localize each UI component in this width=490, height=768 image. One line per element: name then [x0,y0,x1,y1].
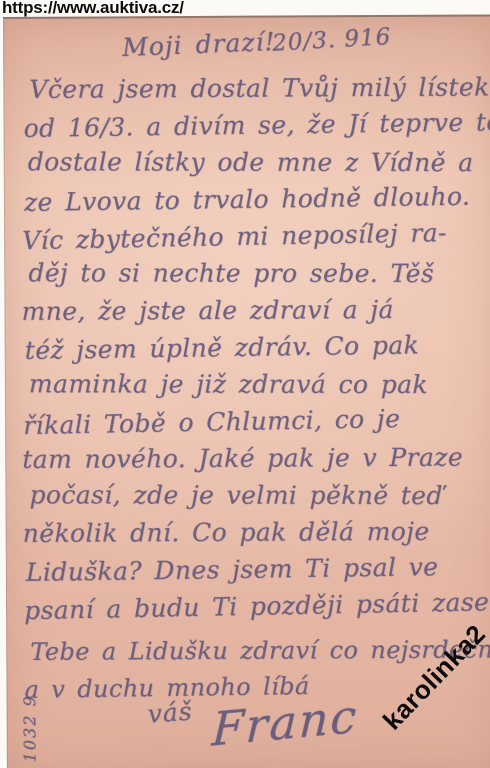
handwritten-line: Tebe a Lidušku zdraví co nejsrdečněj [21,631,490,669]
postcard: Moji drazí! 20/3. 916 Včera jsem dostal … [3,14,490,768]
handwritten-line: psaní a budu Ti později psáti zase [23,583,490,629]
handwritten-line: Víc zbytečného mi neposílej ra- [21,213,490,259]
letter-date: 20/3. 916 [271,24,391,57]
auction-photo-scan: https://www.auktiva.cz/ Moji drazí! 20/3… [0,0,490,768]
signature-row: váš Franc [148,695,359,750]
salutation: Moji drazí! [122,27,276,62]
handwritten-line: děj to si nechte pro sebe. Těš [21,254,490,292]
handwritten-line: též jsem úplně zdráv. Co pak [21,325,490,369]
signature-prefix: váš [147,696,194,728]
handwritten-line: několik dní. Co pak dělá moje [23,512,490,551]
archive-number: 1032 9 [20,694,39,762]
handwritten-line: počasí, zde je velmi pěkně teď [22,476,490,514]
handwritten-line: od 16/3. a divím se, že Jí teprve teď [20,103,490,147]
handwritten-line: Včera jsem dostal Tvůj milý lístek [20,68,490,107]
letter-body: Včera jsem dostal Tvůj milý lístekod 16/… [20,68,490,625]
signature-name: Franc [211,689,360,757]
handwritten-line: říkali Tobě o Chlumci, co je [22,398,490,444]
auction-site-url-watermark: https://www.auktiva.cz/ [2,0,184,18]
letter-heading: Moji drazí! 20/3. 916 [4,28,490,71]
handwritten-line: tam nového. Jaké pak je v Praze [22,438,490,477]
handwritten-line: dostale lístky ode mne z Vídně a [21,143,490,181]
handwritten-line: maminka je již zdravá co pak [22,365,490,403]
handwritten-line: mne, že jste ale zdraví a já [21,290,490,329]
